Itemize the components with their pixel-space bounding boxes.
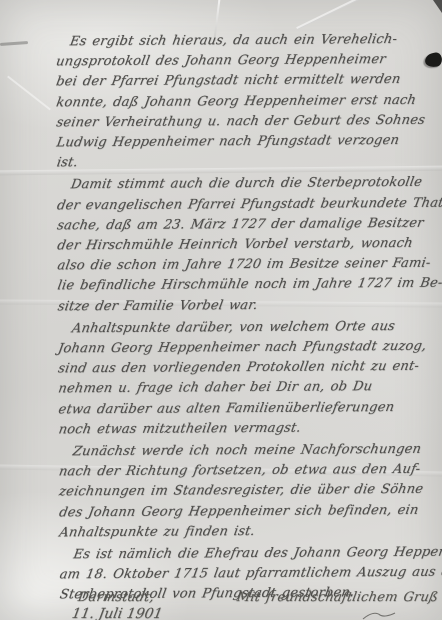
handwritten-line: der evangelischen Pfarrei Pfungstadt beu… — [55, 193, 442, 216]
paragraph-4: Zunächst werde ich noch meine Nachforsch… — [57, 440, 442, 544]
closing-row: Darmstadt, Mit freundschaftlichem Gruß — [56, 590, 438, 605]
letter-scan-page: Es ergibt sich hieraus, da auch ein Vere… — [0, 0, 442, 620]
fold-crease-top-diagonal — [296, 0, 384, 30]
paragraph-3: Anhaltspunkte darüber, von welchem Orte … — [56, 316, 442, 440]
fold-crease-left-diagonal — [7, 76, 51, 111]
signature-flourish — [362, 611, 396, 620]
handwritten-line: Anhaltspunkte zu finden ist. — [58, 520, 442, 543]
handwritten-line: zeichnungen im Standesregister, die über… — [57, 480, 442, 503]
handwritten-line: Damit stimmt auch die durch die Sterbepr… — [55, 173, 442, 196]
handwritten-line: sache, daß am 23. März 1727 der damalige… — [55, 213, 442, 236]
handwritten-line: sitze der Familie Vorbel war. — [56, 294, 442, 317]
handwritten-line: nehmen u. frage ich daher bei Dir an, ob… — [57, 377, 442, 400]
handwritten-line: lie befindliche Hirschmühle noch im Jahr… — [56, 274, 442, 297]
handwritten-line: bei der Pfarrei Pfungstadt nicht ermitte… — [54, 70, 442, 93]
handwritten-line: etwa darüber aus alten Familienüberliefe… — [57, 397, 442, 420]
paragraph-2: Damit stimmt auch die durch die Sterbepr… — [55, 173, 442, 317]
left-edge-pencil-mark — [0, 41, 28, 46]
dark-corner-sliver — [433, 0, 442, 13]
handwritten-line: noch etwas mitzutheilen vermagst. — [57, 417, 442, 440]
handwritten-line: des Johann Georg Heppenheimer sich befin… — [57, 500, 442, 523]
closing-salutation: Mit freundschaftlichem Gruß — [236, 590, 440, 605]
handwritten-line: Anhaltspunkte darüber, von welchem Orte … — [56, 316, 442, 339]
handwritten-line: konnte, daß Johann Georg Heppenheimer er… — [55, 90, 442, 113]
handwritten-line: seiner Verheirathung u. nach der Geburt … — [55, 110, 442, 133]
closing-date: 11. Juli 1901 — [71, 606, 164, 620]
closing-place: Darmstadt, — [77, 590, 156, 605]
letter-body: Es ergibt sich hieraus, da auch ein Vere… — [54, 30, 442, 608]
paragraph-1: Es ergibt sich hieraus, da auch ein Vere… — [54, 30, 441, 174]
handwritten-line: ist. — [55, 151, 442, 174]
